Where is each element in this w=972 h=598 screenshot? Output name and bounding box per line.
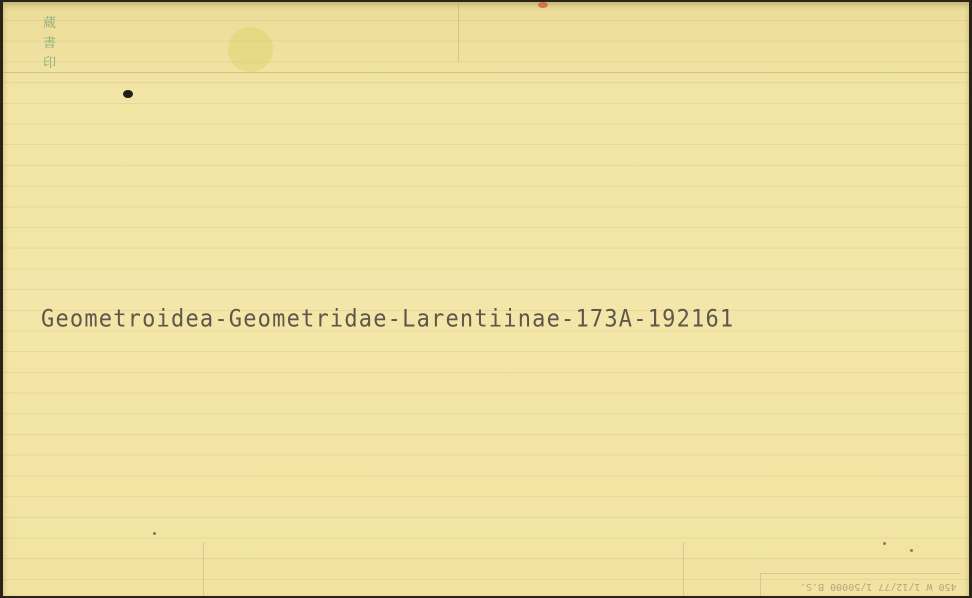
- rule-line: [683, 542, 684, 596]
- speck: [883, 542, 886, 545]
- stain: [538, 2, 548, 8]
- print-code: 450 W 1/12/77 1/50000 B.S.: [800, 581, 957, 592]
- speck: [910, 549, 913, 552]
- stain: [228, 27, 273, 72]
- speck: [153, 532, 156, 535]
- rule-line: [203, 542, 204, 596]
- index-card: 蔵 書 印 Geometroidea-Geometridae-Larentiin…: [3, 2, 969, 596]
- classification-text: Geometroidea-Geometridae-Larentiinae-173…: [41, 306, 734, 333]
- ink-stamp: 蔵 書 印: [43, 14, 85, 74]
- ink-blot: [123, 90, 133, 98]
- rule-line: [458, 2, 459, 62]
- card-header-band: [3, 2, 969, 73]
